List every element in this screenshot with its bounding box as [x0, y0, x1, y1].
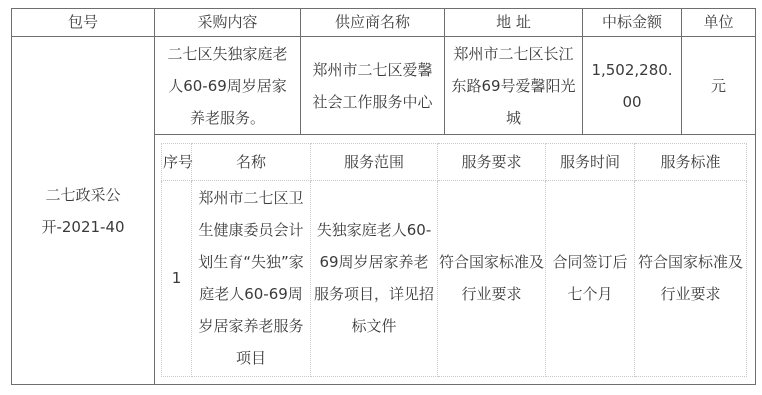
procurement-award-page: 包号 采购内容 供应商名称 地 址 中标金额 单位 二七政采公开-2021-40…	[0, 0, 762, 395]
award-table-header-row: 包号 采购内容 供应商名称 地 址 中标金额 单位	[12, 9, 756, 37]
header-procurement-content: 采购内容	[155, 9, 301, 37]
header-award-amount: 中标金额	[583, 9, 682, 37]
detail-header-service-time: 服务时间	[546, 143, 635, 180]
detail-header-name: 名称	[192, 143, 311, 180]
detail-cell-service-time: 合同签订后七个月	[546, 180, 635, 376]
cell-service-detail: 序号 名称 服务范围 服务要求 服务时间 服务标准 1 郑州市二七区卫生健康委员…	[155, 135, 756, 385]
award-result-table: 包号 采购内容 供应商名称 地 址 中标金额 单位 二七政采公开-2021-40…	[11, 8, 756, 385]
detail-table-header-row: 序号 名称 服务范围 服务要求 服务时间 服务标准	[162, 143, 747, 180]
header-unit: 单位	[682, 9, 756, 37]
detail-header-service-scope: 服务范围	[311, 143, 438, 180]
detail-header-serial-no: 序号	[162, 143, 192, 180]
detail-cell-name: 郑州市二七区卫生健康委员会计划生育“失独”家庭老人60-69周岁居家养老服务项目	[192, 180, 311, 376]
detail-header-service-standard: 服务标准	[635, 143, 747, 180]
cell-package-no: 二七政采公开-2021-40	[12, 37, 155, 385]
cell-supplier-name: 郑州市二七区爱馨社会工作服务中心	[301, 37, 445, 135]
cell-award-amount: 1,502,280.00	[583, 37, 682, 135]
header-package-no: 包号	[12, 9, 155, 37]
header-address: 地 址	[445, 9, 583, 37]
service-detail-table: 序号 名称 服务范围 服务要求 服务时间 服务标准 1 郑州市二七区卫生健康委员…	[161, 143, 747, 377]
detail-cell-service-scope: 失独家庭老人60-69周岁居家养老服务项目，详见招标文件	[311, 180, 438, 376]
detail-header-service-requirement: 服务要求	[438, 143, 546, 180]
cell-procurement-content: 二七区失独家庭老人60-69周岁居家养老服务。	[155, 37, 301, 135]
header-supplier-name: 供应商名称	[301, 9, 445, 37]
detail-table-data-row: 1 郑州市二七区卫生健康委员会计划生育“失独”家庭老人60-69周岁居家养老服务…	[162, 180, 747, 376]
detail-cell-service-standard: 符合国家标准及行业要求	[635, 180, 747, 376]
cell-address: 郑州市二七区长江东路69号爱馨阳光城	[445, 37, 583, 135]
cell-unit: 元	[682, 37, 756, 135]
award-table-main-row: 二七政采公开-2021-40 二七区失独家庭老人60-69周岁居家养老服务。 郑…	[12, 37, 756, 135]
detail-cell-service-requirement: 符合国家标准及行业要求	[438, 180, 546, 376]
detail-cell-serial-no: 1	[162, 180, 192, 376]
